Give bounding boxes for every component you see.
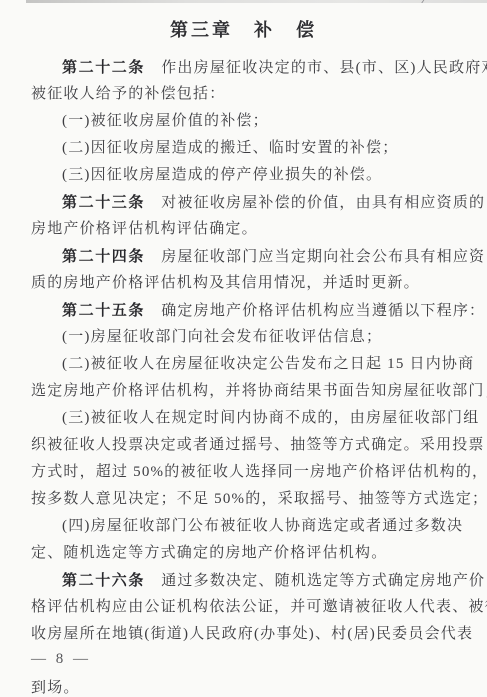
article-number: 第二十四条 bbox=[62, 248, 145, 265]
text-line: (一)被征收房屋价值的补偿； bbox=[31, 108, 459, 135]
text-line: (三)被征收人在规定时间内协商不成的，由房屋征收部门组 bbox=[31, 405, 459, 432]
text-line: 方式时，超过 50%的被征收人选择同一房地产价格评估机构的， bbox=[31, 459, 459, 486]
line-text: 质的房地产价格评估机构及其信用情况，并适时更新。 bbox=[31, 275, 420, 291]
line-text: (三)被征收人在规定时间内协商不成的，由房屋征收部门组 bbox=[62, 410, 479, 426]
line-text: (一)被征收房屋价值的补偿； bbox=[62, 113, 269, 129]
text-line: 定、随机选定等方式确定的房地产价格评估机构。 bbox=[31, 540, 459, 567]
line-text: 按多数人意见决定；不足 50%的，采取摇号、抽签等方式选定； bbox=[31, 491, 487, 507]
text-line: 被征收人给予的补偿包括： bbox=[31, 81, 459, 108]
line-text: 选定房地产价格评估机构，并将协商结果书面告知房屋征收部门； bbox=[31, 383, 487, 399]
article-number: 第二十三条 bbox=[62, 194, 145, 211]
text-line: 质的房地产价格评估机构及其信用情况，并适时更新。 bbox=[31, 270, 459, 297]
line-text: 对被征收房屋补偿的价值，由具有相应资质的 bbox=[145, 195, 485, 211]
text-line: (三)因征收房屋造成的停产停业损失的补偿。 bbox=[31, 162, 459, 189]
article-number: 第二十六条 bbox=[62, 572, 145, 589]
text-line: 第二十二条 作出房屋征收决定的市、县(市、区)人民政府对 bbox=[31, 54, 459, 81]
text-line: 第二十四条 房屋征收部门应当定期向社会公布具有相应资 bbox=[31, 243, 459, 270]
article-number: 第二十二条 bbox=[62, 59, 145, 76]
next-page-first-line: 到场。 bbox=[31, 678, 459, 697]
text-line: 收房屋所在地镇(街道)人民政府(办事处)、村(居)民委员会代表 bbox=[31, 621, 459, 648]
line-text: 收房屋所在地镇(街道)人民政府(办事处)、村(居)民委员会代表 bbox=[31, 626, 473, 642]
line-text: 通过多数决定、随机选定等方式确定房地产价 bbox=[145, 573, 485, 589]
text-line: 格评估机构应由公证机构依法公证，并可邀请被征收人代表、被征 bbox=[31, 594, 459, 621]
line-text: 房地产价格评估机构评估确定。 bbox=[31, 221, 258, 237]
line-text: (三)因征收房屋造成的停产停业损失的补偿。 bbox=[62, 167, 382, 183]
chapter-title: 第三章 补 偿 bbox=[0, 16, 487, 42]
prev-page-number: — 7 — bbox=[395, 0, 457, 8]
article-number: 第二十五条 bbox=[62, 302, 145, 319]
text-line: 房地产价格评估机构评估确定。 bbox=[31, 216, 459, 243]
line-text: 房屋征收部门应当定期向社会公布具有相应资 bbox=[145, 249, 485, 265]
scanned-document-page: — 7 — 第三章 补 偿 第二十二条 作出房屋征收决定的市、县(市、区)人民政… bbox=[0, 0, 487, 697]
text-line: 第二十六条 通过多数决定、随机选定等方式确定房地产价 bbox=[31, 567, 459, 594]
text-line: 选定房地产价格评估机构，并将协商结果书面告知房屋征收部门； bbox=[31, 378, 459, 405]
line-text: (二)被征收人在房屋征收决定公告发布之日起 15 日内协商 bbox=[62, 356, 474, 372]
line-text: 确定房地产价格评估机构应当遵循以下程序： bbox=[145, 303, 485, 319]
line-text: (二)因征收房屋造成的搬迁、临时安置的补偿； bbox=[62, 140, 398, 156]
line-text: 定、随机选定等方式确定的房地产价格评估机构。 bbox=[31, 545, 387, 561]
text-line: 第二十五条 确定房地产价格评估机构应当遵循以下程序： bbox=[31, 297, 459, 324]
text-line: (四)房屋征收部门公布被征收人协商选定或者通过多数决 bbox=[31, 513, 459, 540]
line-text: 织被征收人投票决定或者通过摇号、抽签等方式确定。采用投票 bbox=[31, 437, 485, 453]
text-line: 第二十三条 对被征收房屋补偿的价值，由具有相应资质的 bbox=[31, 189, 459, 216]
line-text: 被征收人给予的补偿包括： bbox=[31, 86, 225, 102]
line-text: 方式时，超过 50%的被征收人选择同一房地产价格评估机构的， bbox=[31, 464, 487, 480]
text-line: 按多数人意见决定；不足 50%的，采取摇号、抽签等方式选定； bbox=[31, 486, 459, 513]
line-text: (一)房屋征收部门向社会发布征收评估信息； bbox=[62, 329, 382, 345]
text-line: (一)房屋征收部门向社会发布征收评估信息； bbox=[31, 324, 459, 351]
text-line: 织被征收人投票决定或者通过摇号、抽签等方式确定。采用投票 bbox=[31, 432, 459, 459]
page-number-footer: — 8 — bbox=[31, 650, 487, 668]
line-text: 作出房屋征收决定的市、县(市、区)人民政府对 bbox=[145, 60, 487, 76]
line-text: (四)房屋征收部门公布被征收人协商选定或者通过多数决 bbox=[62, 518, 463, 534]
text-line: (二)被征收人在房屋征收决定公告发布之日起 15 日内协商 bbox=[31, 351, 459, 378]
text-line: (二)因征收房屋造成的搬迁、临时安置的补偿； bbox=[31, 135, 459, 162]
line-text: 格评估机构应由公证机构依法公证，并可邀请被征收人代表、被征 bbox=[31, 599, 487, 615]
document-body: 第二十二条 作出房屋征收决定的市、县(市、区)人民政府对 被征收人给予的补偿包括… bbox=[31, 54, 459, 648]
